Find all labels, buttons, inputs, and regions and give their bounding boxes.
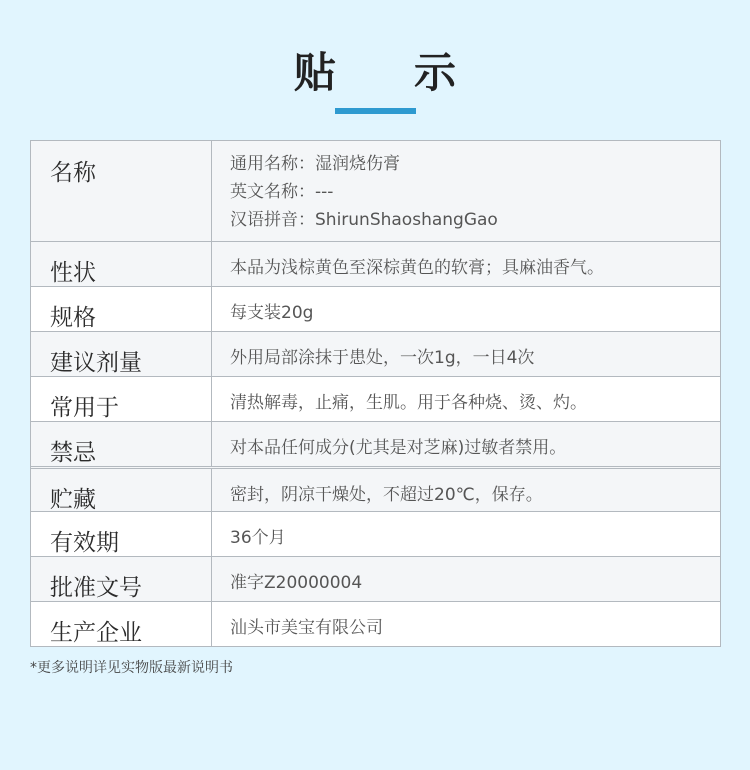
table-row-appearance: 性状 本品为浅棕黄色至深棕黄色的软膏；具麻油香气。: [31, 241, 720, 286]
footnote: *更多说明详见实物版最新说明书: [30, 657, 233, 677]
row-value: 对本品任何成分(尤其是对芝麻)过敏者禁用。: [212, 422, 720, 466]
english-name: 英文名称：---: [230, 178, 720, 206]
table-row-indications: 常用于 清热解毒，止痛，生肌。用于各种烧、烫、灼。: [31, 376, 720, 421]
row-label: 建议剂量: [31, 332, 212, 376]
row-value: 清热解毒，止痛，生肌。用于各种烧、烫、灼。: [212, 377, 720, 421]
generic-name: 通用名称：湿润烧伤膏: [230, 150, 720, 178]
row-label: 生产企业: [31, 602, 212, 646]
row-value: 准字Z20000004: [212, 557, 720, 601]
table-row-specification: 规格 每支装20g: [31, 286, 720, 331]
row-value: 密封，阴凉干燥处，不超过20℃，保存。: [212, 469, 720, 511]
product-spec-table: 名称 通用名称：湿润烧伤膏 英文名称：--- 汉语拼音：ShirunShaosh…: [30, 140, 721, 647]
row-label: 有效期: [31, 512, 212, 556]
title-underline: [335, 108, 416, 114]
row-value: 36个月: [212, 512, 720, 556]
title-char-right: 示: [414, 48, 456, 97]
table-row-approval-number: 批准文号 准字Z20000004: [31, 556, 720, 601]
table-row-name: 名称 通用名称：湿润烧伤膏 英文名称：--- 汉语拼音：ShirunShaosh…: [31, 141, 720, 241]
row-label: 性状: [31, 242, 212, 286]
row-label: 批准文号: [31, 557, 212, 601]
table-row-contraindications: 禁忌 对本品任何成分(尤其是对芝麻)过敏者禁用。: [31, 421, 720, 466]
row-label: 规格: [31, 287, 212, 331]
pinyin-name: 汉语拼音：ShirunShaoshangGao: [230, 206, 720, 234]
row-label: 贮藏: [31, 469, 212, 511]
row-label: 禁忌: [31, 422, 212, 466]
table-row-storage: 贮藏 密封，阴凉干燥处，不超过20℃，保存。: [31, 466, 720, 511]
page-title: 贴示: [0, 40, 750, 100]
row-value: 每支装20g: [212, 287, 720, 331]
title-char-left: 贴: [294, 48, 336, 97]
table-row-manufacturer: 生产企业 汕头市美宝有限公司: [31, 601, 720, 646]
table-row-shelf-life: 有效期 36个月: [31, 511, 720, 556]
row-label: 名称: [31, 141, 212, 241]
table-row-dosage: 建议剂量 外用局部涂抹于患处，一次1g，一日4次: [31, 331, 720, 376]
row-value: 汕头市美宝有限公司: [212, 602, 720, 646]
row-label: 常用于: [31, 377, 212, 421]
row-value: 本品为浅棕黄色至深棕黄色的软膏；具麻油香气。: [212, 242, 720, 286]
row-value: 通用名称：湿润烧伤膏 英文名称：--- 汉语拼音：ShirunShaoshang…: [212, 141, 720, 241]
row-value: 外用局部涂抹于患处，一次1g，一日4次: [212, 332, 720, 376]
